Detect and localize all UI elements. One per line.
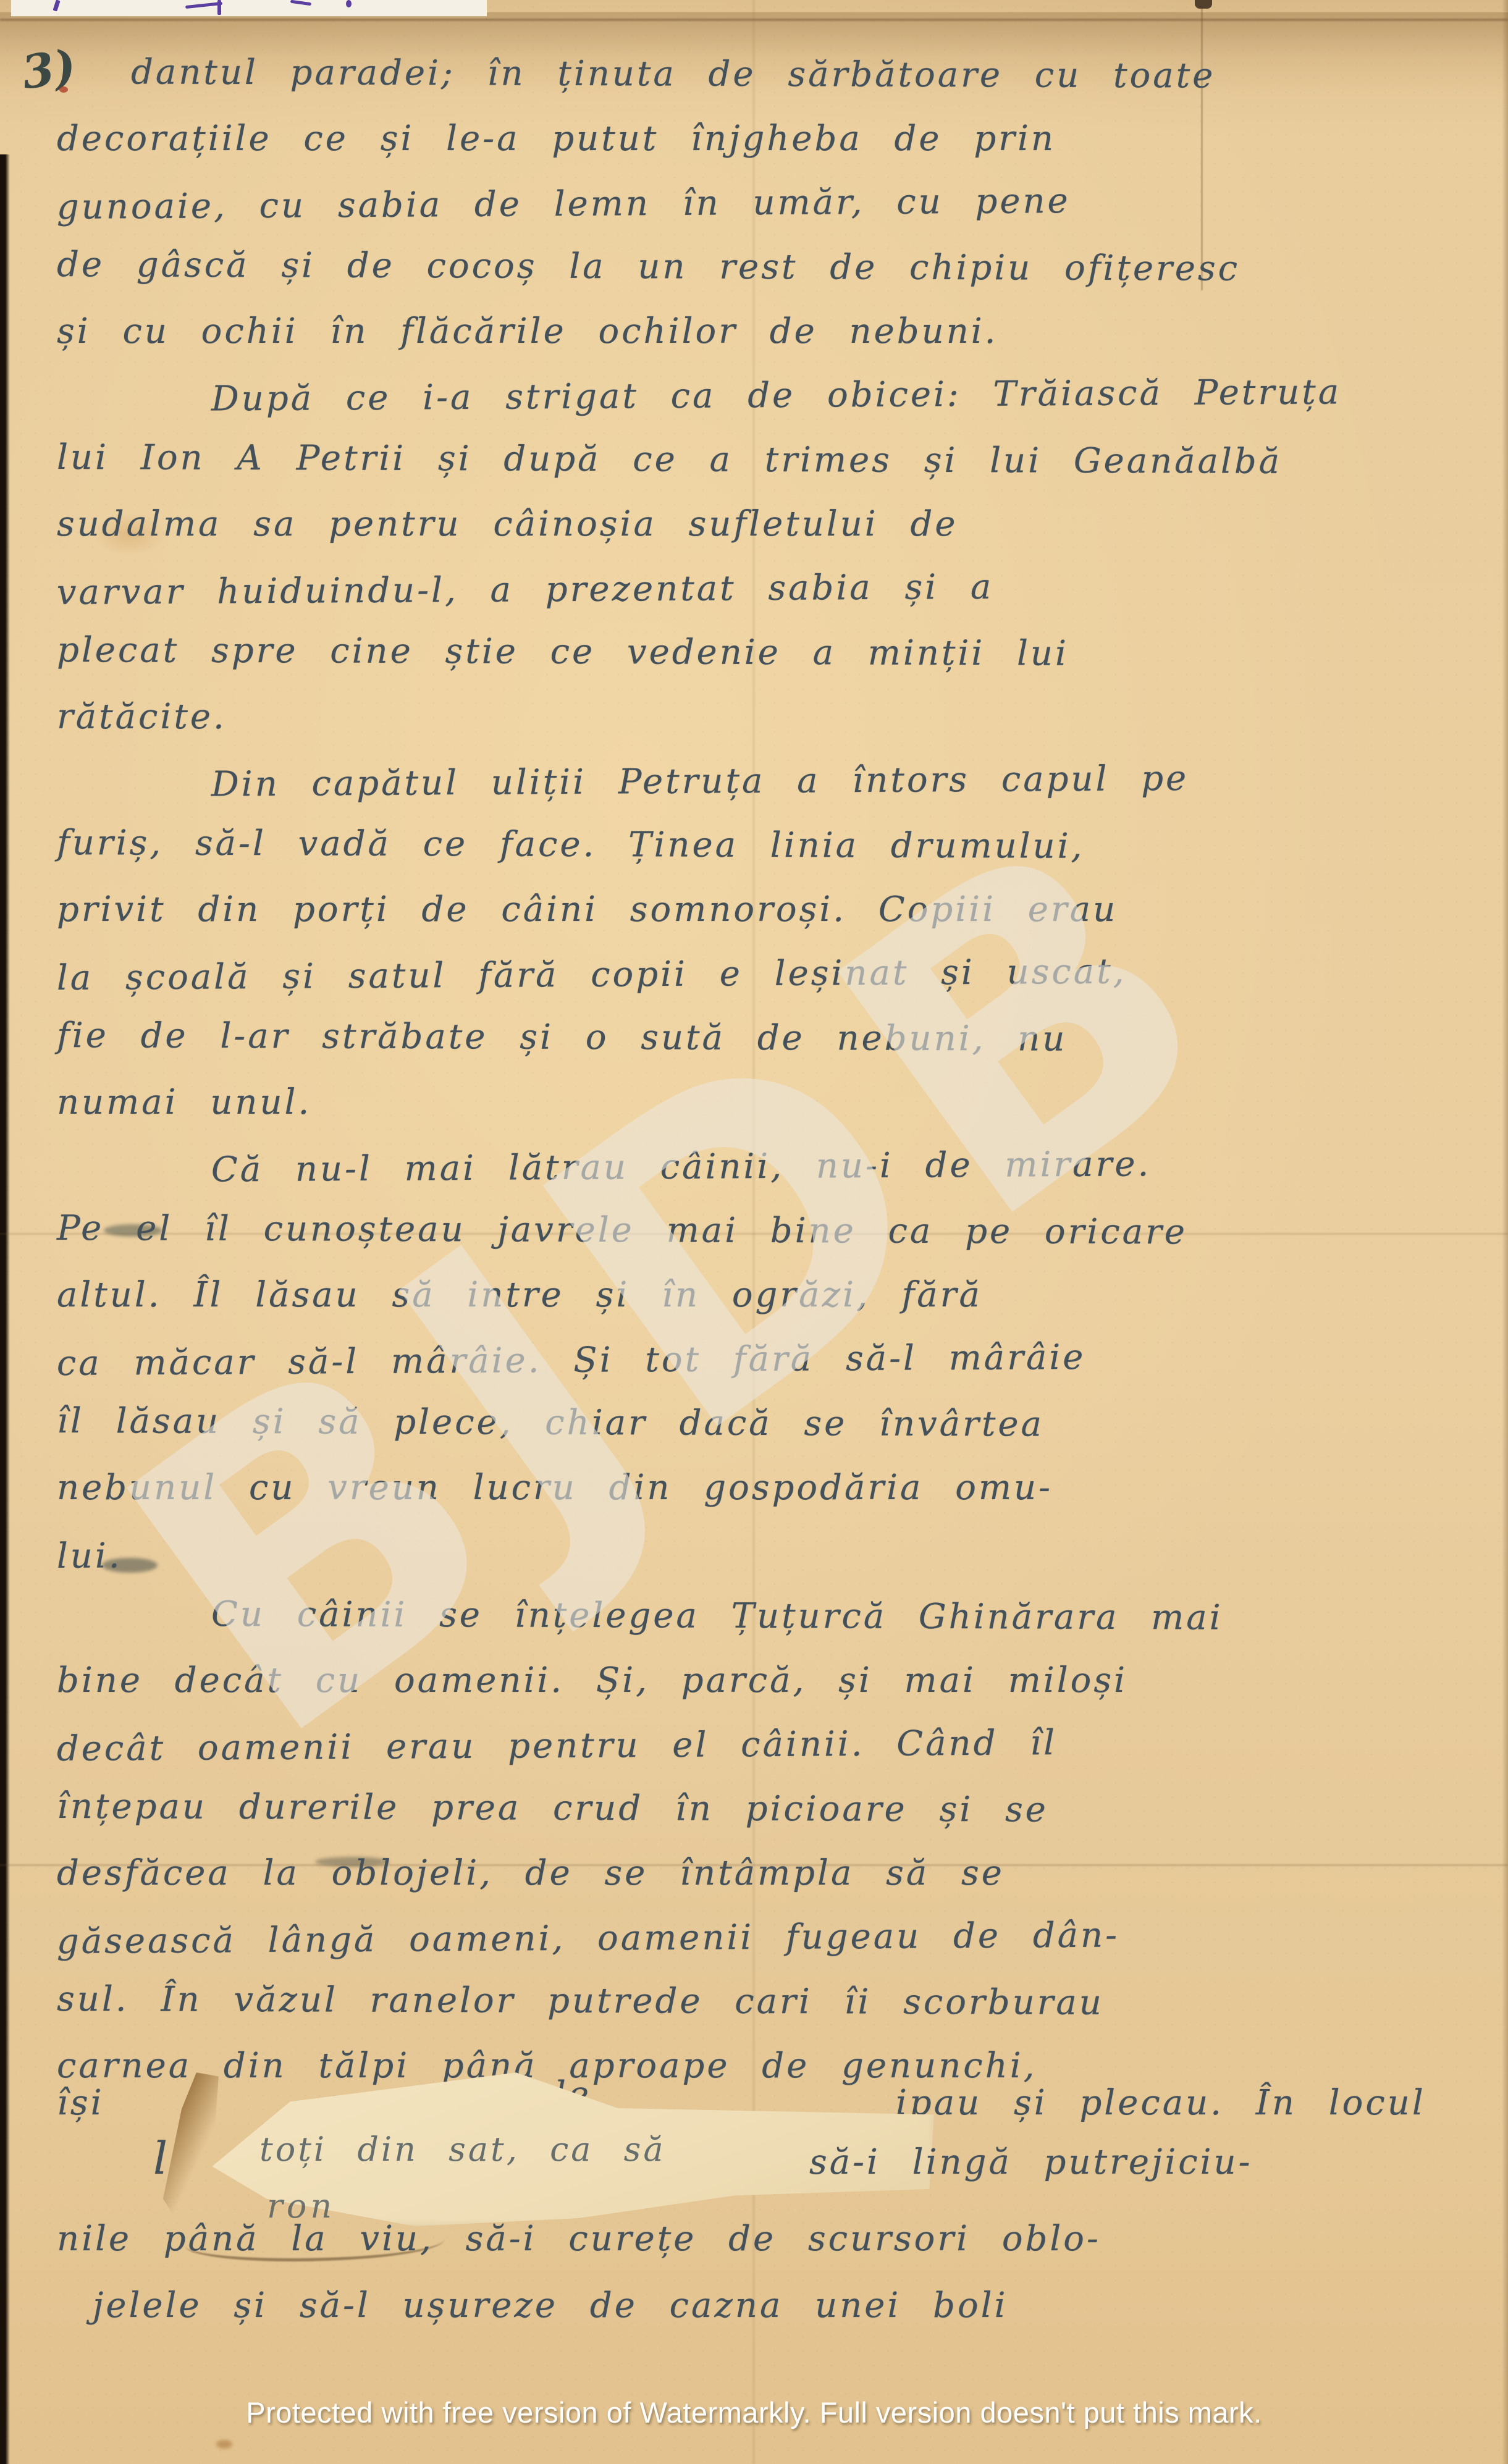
scanned-manuscript-page: 3) dantul paradei; în ținuta de sărbătoa… xyxy=(0,0,1508,2464)
watermarkly-caption: Protected with free version of Watermark… xyxy=(0,2395,1508,2429)
handwriting-fragment-left: își xyxy=(57,2083,104,2123)
handwriting-line: nile până la viu, să-i curețe de scursor… xyxy=(57,2219,1101,2259)
paper-notch xyxy=(1195,0,1212,9)
adjacent-sheet-edge xyxy=(11,0,487,17)
handwriting-line: și cu ochii în flăcările ochilor de nebu… xyxy=(57,311,1478,376)
handwriting-line: decorațiile ce și le-a putut înjgheba de… xyxy=(57,119,1478,183)
handwriting-fragment-right2: să-i lingă putrejiciu- xyxy=(809,2142,1253,2182)
previous-page-ink-mark xyxy=(217,0,221,15)
handwriting-line: dantul paradei; în ținuta de sărbătoare … xyxy=(57,52,1478,121)
stain-spot xyxy=(216,2440,232,2449)
handwriting-line: gunoaie, cu sabia de lemn în umăr, cu pe… xyxy=(57,179,1478,251)
handwriting-fragment-right: ipau și plecau. În locul xyxy=(896,2083,1426,2123)
handwriting-line: de gâscă și de cocoș la un rest de chipi… xyxy=(57,245,1478,314)
handwriting-line: După ce i-a strigat ca de obicei: Trăias… xyxy=(57,371,1478,444)
handwriting-line: jelele și să-l ușureze de cazna unei bol… xyxy=(93,2285,1008,2326)
handwriting-line: lui Ion A Petrii și după ce a trimes și … xyxy=(57,437,1478,507)
handwriting-line: sul. În văzul ranelor putrede cari îi sc… xyxy=(57,1979,1478,2048)
handwriting-fragment-letter: l xyxy=(153,2132,170,2184)
handwriting-on-patch: toți din sat, ca să xyxy=(259,2130,666,2169)
previous-page-ink-mark xyxy=(346,0,352,7)
handwriting-line: sudalma sa pentru câinoșia sufletului de xyxy=(57,504,1478,568)
